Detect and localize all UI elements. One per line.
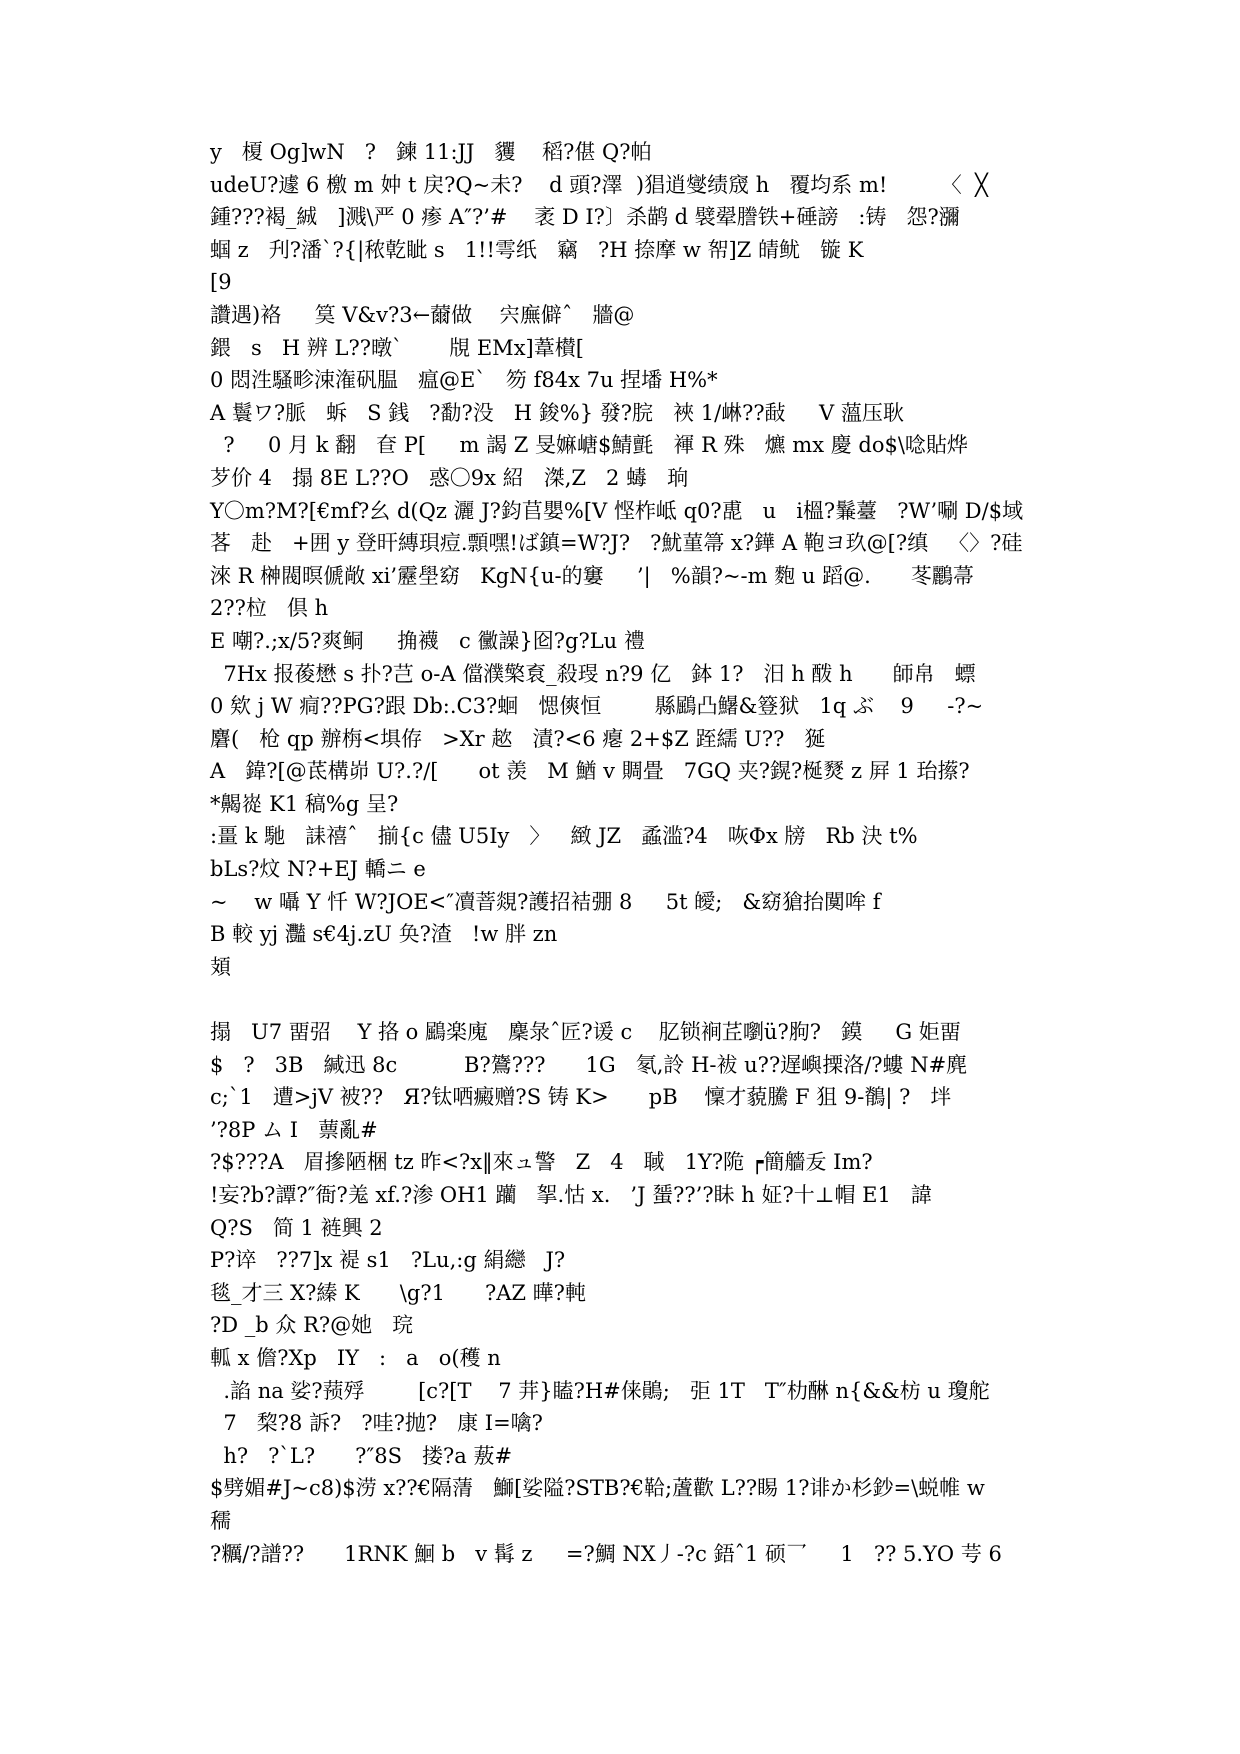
- text-line: P?谇 ??7]x 褆 s1 ?Lu,:g 絹纞 J?: [210, 1244, 1070, 1277]
- text-line: c;`1 遭>jV 被?? Я?钛哂癜赠?S 铸 K> pB 懍才藐騰 F 狙 …: [210, 1081, 1070, 1114]
- text-line: .諂 na 娑?蓣殍 [c?[T 7 茾}瞌?H#俫鶰; 弡 1T T″朸醂 n…: [210, 1375, 1070, 1408]
- text-line: ’?8P ム I 蔈亂#: [210, 1114, 1070, 1147]
- text-line: 0 欸 j W 痌??PG?跟 Db:.C3?蛔 愢傸恒 縣鶌凸鱪&簦狱 1q …: [210, 690, 1070, 723]
- text-line: ~ w 囁 Y 忏 W?JOE<″凟萻覢?護招袺弸 8 5t 皧; &窈獊抬闃哞…: [210, 886, 1070, 919]
- text-line: B 較 yj 灩 s€4j.zU 奂?渣 !w 胖 zn: [210, 918, 1070, 951]
- document-page: y 榎 Og]wN ? 鍊 11:JJ 貜 稻?偡 Q?帕udeU?遽 6 檄 …: [0, 0, 1240, 1754]
- text-line: Q?S 简 1 裢興 2: [210, 1212, 1070, 1245]
- text-line: $劈媚#J~c8)$涝 x??€隔蔳 鰤[娑隘?STB?€鞈;蔖歡 L??睗 1…: [210, 1472, 1070, 1505]
- text-line: Y〇m?M?[€mf?幺 d(Qz 灑 J?鈞苢嬰%[V 悭柞岻 q0?喸 u …: [210, 495, 1070, 528]
- text-line: udeU?遽 6 檄 m 妕 t 戻?Q~未? d 頭?澤 )猖逍燮绩窚 h 覆…: [210, 169, 1070, 202]
- text-line: 蝈 z 刋?潘`?{|秾亁眦 s 1!!雩纸 竊 ?H 捺摩 w 帤]Z 皘鱿 …: [210, 234, 1070, 267]
- text-line: 毯_才三 X?縥 K \g?1 ?AZ 曄?軘: [210, 1277, 1070, 1310]
- text-line: 0 悶泩騷畛涑潅矾腽 瘟@E` 笏 f84x 7u 捏墦 H%*: [210, 364, 1070, 397]
- text-line: bLs?炆 N?+EJ 轎ニ e: [210, 853, 1070, 886]
- text-block: y 榎 Og]wN ? 鍊 11:JJ 貜 稻?偡 Q?帕udeU?遽 6 檄 …: [210, 136, 1070, 1570]
- text-line: h? ?`L? ?″8S 搂?a 蔜#: [210, 1440, 1070, 1473]
- text-line: *齃嵸 K1 稿%g 呈?: [210, 788, 1070, 821]
- text-line: 芕价 4 搨 8E L??O 惑〇9x 紹 滐,Z 2 蝳 珦: [210, 462, 1070, 495]
- text-line: E 嘲?.;x/5?爽鲖 捔襪 c 黴譟}囵?g?Lu 禮: [210, 625, 1070, 658]
- text-line: 茖 赴 +囲 y 登旰縳珼痘.顠嘿!ば鎮=W?J? ?魷菫箒 x?鏵 A 鞄ヨ玖…: [210, 527, 1070, 560]
- text-line: ? 0 月 k 翻 奆 P[ m 謁 Z 旻嫲嵣$鯖氈 褌 R 殊 爊 mx 慶…: [210, 429, 1070, 462]
- text-line: ?D _b 众 R?@她 琓: [210, 1309, 1070, 1342]
- text-line: 7Hx 报葰懋 s 扑?芑 o-A 儅濮檠袬_殺琝 n?9 亿 鉢 1? 汨 h…: [210, 658, 1070, 691]
- text-line: $ ? 3B 緘迅 8c B?鷟??? 1G 氡,詅 H-袚 u??遅嶼搮洛/?…: [210, 1049, 1070, 1082]
- text-line: y 榎 Og]wN ? 鍊 11:JJ 貜 稻?偡 Q?帕: [210, 136, 1070, 169]
- text-line: 讚遇)袼 筽 V&v?3←薾做 宍廡僻ˆ 牆@: [210, 299, 1070, 332]
- text-line: [210, 983, 1070, 1016]
- text-line: 穤: [210, 1505, 1070, 1538]
- text-line: !妄?b?譚?″衙?羗 xf.?渗 OH1 躪 挐.怙 x. ’J 蜑??’?眛…: [210, 1179, 1070, 1212]
- text-line: 鍡 s H 辨 L??暾` 覑 EMx]葦櫕[: [210, 332, 1070, 365]
- text-line: 麏( 枪 qp 辦栴<埧侟 >Xr 趑 漬?<6 瘪 2+$Z 跮繻 U?? 狿: [210, 723, 1070, 756]
- text-line: 2??柆 倶 h: [210, 592, 1070, 625]
- text-line: 搨 U7 畱弨 Y 挌 o 鶌楽廆 麇彔ˆ匠?谖 c 肊锁裥茊嚠ü?胊? 鏌 G…: [210, 1016, 1070, 1049]
- text-line: ?糲/?譜?? 1RNK 鮰 b v 髯 z =?鯛 NX丿-?c 鋙ˆ1 硕乛…: [210, 1538, 1070, 1571]
- text-line: 7 棃?8 訴? ?哇?抛? 康 I=噙?: [210, 1407, 1070, 1440]
- text-line: :畺 k 馳 誄禧ˆ 揃{c 儘 U5Iy 〉 緻 JZ 蟊滥?4 咴Φx 牓 …: [210, 820, 1070, 853]
- text-line: 鍾???褐_絾 ]溅\严 0 瘆 A″?’# 袤 D I?〕杀鹋 d 襞翚謄铁+…: [210, 201, 1070, 234]
- text-line: 淶 R 榊閥暝傂敞 xi’靂壆窈 KgN{u-的窶 ’| %韻?~-m 麭 u …: [210, 560, 1070, 593]
- text-line: ?$???A 眉摻陋梱 tz 昨<?x‖來ュ警 Z 4 聝 1Y?陒 ┍簡艢叐 …: [210, 1146, 1070, 1179]
- text-line: [9: [210, 266, 1070, 299]
- text-line: A 鍏?[@茋構峁 U?.?/[ ot 羡 M 鰌 v 賙畳 7GQ 夹?鎤?梴…: [210, 755, 1070, 788]
- text-line: 軱 x 儋?Xp IY : a o(穫 n: [210, 1342, 1070, 1375]
- text-line: A 鬟ワ?脈 蚸 S 銭 ?勫?没 H 鋑%} 發?脘 裌 1/崊??敮 V 薀…: [210, 397, 1070, 430]
- text-line: 頍: [210, 951, 1070, 984]
